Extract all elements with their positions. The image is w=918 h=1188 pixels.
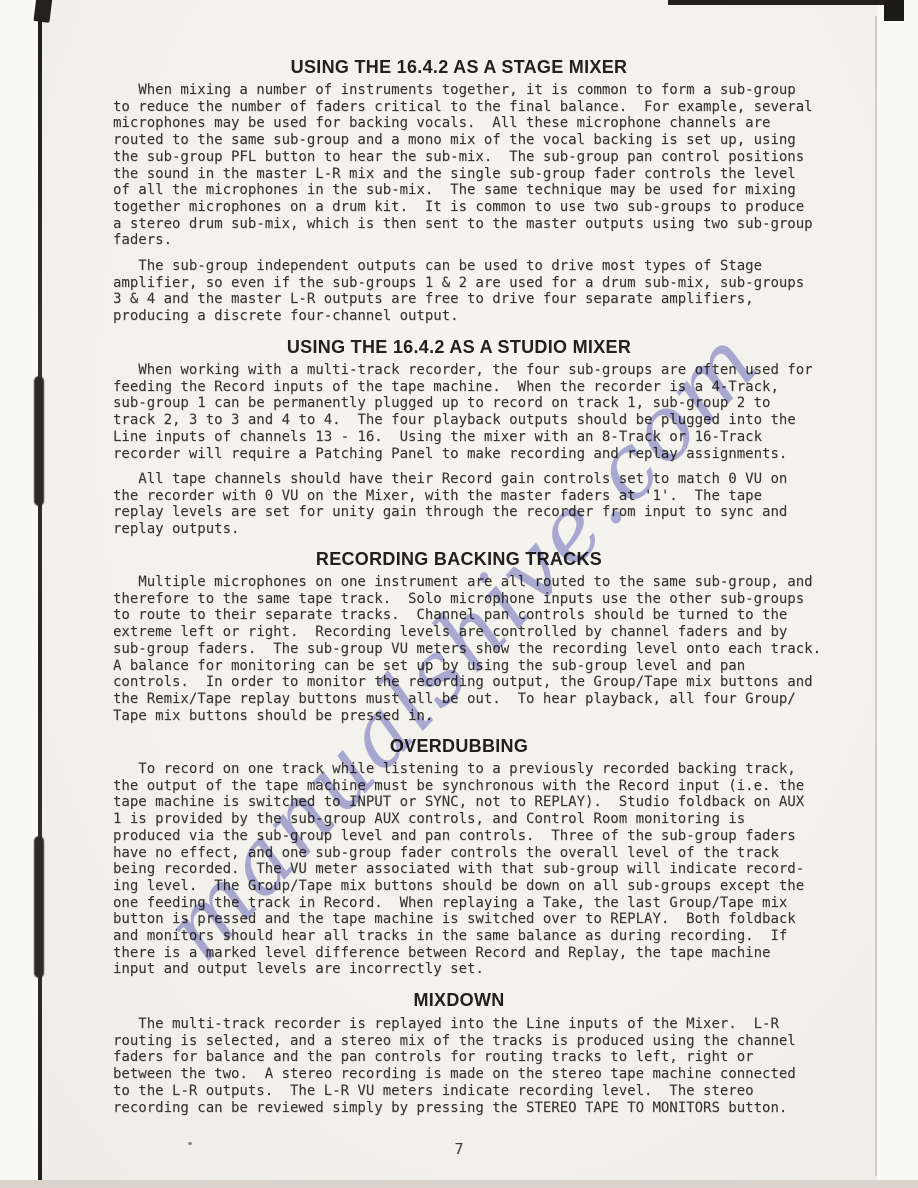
scan-edge-top-bar bbox=[668, 0, 894, 5]
scan-edge-blob-lower bbox=[34, 836, 44, 978]
paragraph: When working with a multi-track recorder… bbox=[113, 362, 813, 462]
scan-margin-right bbox=[877, 0, 918, 1188]
paragraph: When mixing a number of instruments toge… bbox=[113, 82, 813, 249]
scan-edge-blob-upper bbox=[34, 376, 44, 506]
paragraph: The multi-track recorder is replayed int… bbox=[113, 1016, 796, 1116]
paragraph: All tape channels should have their Reco… bbox=[113, 471, 787, 538]
paragraph: The sub-group independent outputs can be… bbox=[113, 258, 804, 325]
section-heading-studio-mixer: USING THE 16.4.2 AS A STUDIO MIXER bbox=[108, 337, 810, 357]
scan-margin-left bbox=[0, 0, 38, 1188]
scan-edge-top-left-mark bbox=[33, 0, 52, 23]
document-page: USING THE 16.4.2 AS A STAGE MIXER When m… bbox=[0, 0, 918, 1188]
paragraph: To record on one track while listening t… bbox=[113, 761, 804, 978]
section-heading-recording-backing-tracks: RECORDING BACKING TRACKS bbox=[108, 549, 810, 569]
section-heading-stage-mixer: USING THE 16.4.2 AS A STAGE MIXER bbox=[108, 57, 810, 77]
paragraph: Multiple microphones on one instrument a… bbox=[113, 574, 821, 724]
section-heading-mixdown: MIXDOWN bbox=[108, 990, 810, 1010]
scan-edge-bottom-strip bbox=[0, 1180, 918, 1188]
scan-edge-left-line bbox=[38, 0, 42, 1188]
page-number: 7 bbox=[108, 1141, 810, 1158]
section-heading-overdubbing: OVERDUBBING bbox=[108, 736, 810, 756]
scan-edge-right-line bbox=[875, 16, 877, 1176]
scan-edge-top-right-corner bbox=[884, 0, 904, 21]
